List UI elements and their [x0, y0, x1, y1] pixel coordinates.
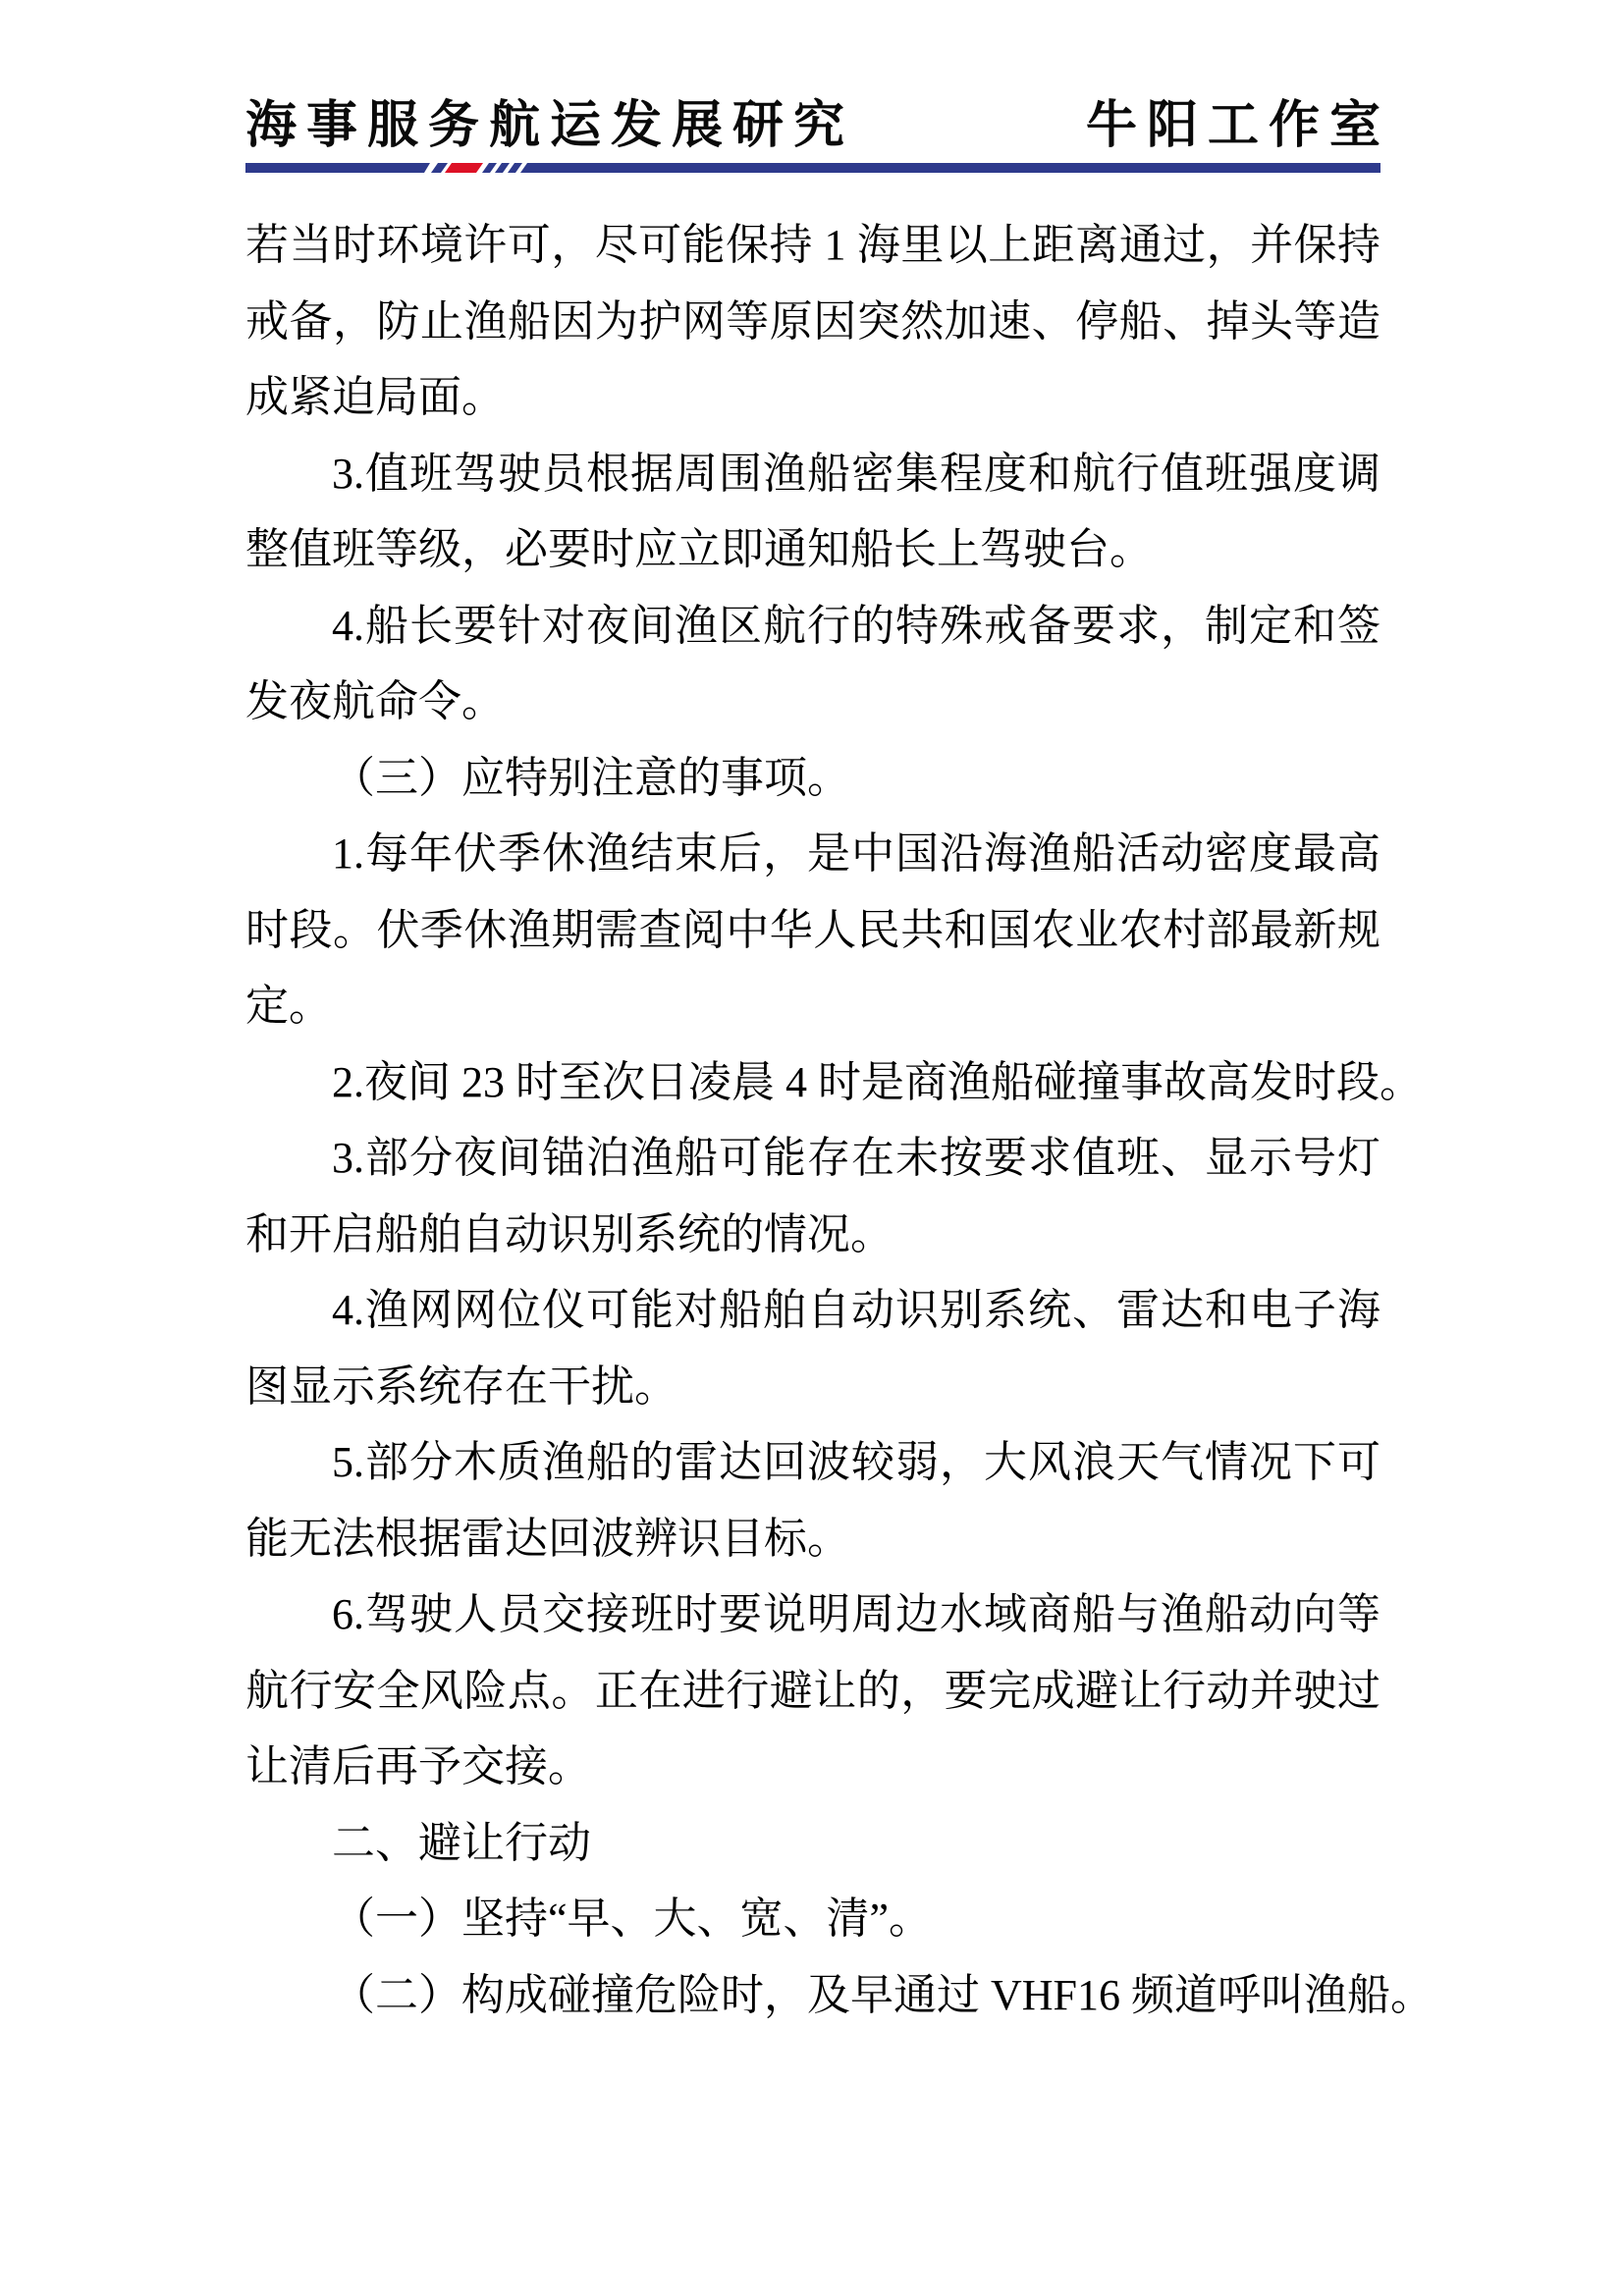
text-line: 能无法根据雷达回波辨识目标。	[245, 1501, 1380, 1577]
text-line: 若当时环境许可，尽可能保持 1 海里以上距离通过，并保持	[245, 207, 1380, 284]
text-line: （三）应特别注意的事项。	[245, 740, 1380, 817]
text-line: 时段。伏季休渔期需查阅中华人民共和国农业农村部最新规	[245, 892, 1380, 969]
header-rule	[245, 163, 1380, 173]
text-line: 6.驾驶人员交接班时要说明周边水域商船与渔船动向等	[245, 1576, 1380, 1653]
text-line: （二）构成碰撞危险时，及早通过 VHF16 频道呼叫渔船。	[245, 1957, 1380, 2034]
text-line: 4.船长要针对夜间渔区航行的特殊戒备要求，制定和签	[245, 588, 1380, 665]
text-line: 5.部分木质渔船的雷达回波较弱，大风浪天气情况下可	[245, 1424, 1380, 1501]
page-header: 海事服务航运发展研究 牛阳工作室	[245, 84, 1380, 155]
header-rule-accent-icon	[424, 161, 534, 175]
text-line: 发夜航命令。	[245, 664, 1380, 740]
text-line: 戒备，防止渔船因为护网等原因突然加速、停船、掉头等造	[245, 284, 1380, 360]
text-line: 3.值班驾驶员根据周围渔船密集程度和航行值班强度调	[245, 436, 1380, 512]
text-line: 2.夜间 23 时至次日凌晨 4 时是商渔船碰撞事故高发时段。	[245, 1044, 1380, 1121]
document-page: 海事服务航运发展研究 牛阳工作室 若当时环境许可，尽可能保持 1 海里以上距离通…	[0, 0, 1624, 2296]
text-line: 二、避让行动	[245, 1805, 1380, 1882]
document-title: 海事服务航运发展研究	[245, 96, 854, 155]
text-line: 3.部分夜间锚泊渔船可能存在未按要求值班、显示号灯	[245, 1120, 1380, 1197]
text-line: 让清后再予交接。	[245, 1729, 1380, 1805]
text-line: （一）坚持“早、大、宽、清”。	[245, 1881, 1380, 1957]
text-line: 定。	[245, 968, 1380, 1044]
text-line: 航行安全风险点。正在进行避让的，要完成避让行动并驶过	[245, 1653, 1380, 1730]
document-body: 若当时环境许可，尽可能保持 1 海里以上距离通过，并保持戒备，防止渔船因为护网等…	[245, 207, 1380, 2033]
text-line: 成紧迫局面。	[245, 359, 1380, 436]
text-line: 整值班等级，必要时应立即通知船长上驾驶台。	[245, 511, 1380, 588]
text-line: 4.渔网网位仪可能对船舶自动识别系统、雷达和电子海	[245, 1272, 1380, 1349]
text-line: 和开启船舶自动识别系统的情况。	[245, 1197, 1380, 1273]
workspace-name: 牛阳工作室	[1086, 96, 1390, 155]
text-line: 图显示系统存在干扰。	[245, 1349, 1380, 1425]
text-line: 1.每年伏季休渔结束后，是中国沿海渔船活动密度最高	[245, 816, 1380, 892]
